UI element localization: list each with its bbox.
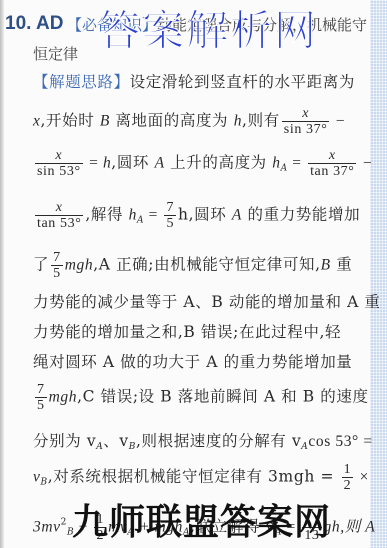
text-line-5: 了75mgh,A 正确;由机械能守恒定律可知,B 重 (33, 250, 363, 281)
text: ,C 错误;设 B 落地前瞬间 A 和 B 的速度 (77, 388, 368, 406)
text-line-4: xtan 53°,解得 hA = 75h,圆环 A 的重力势能增加 (33, 200, 363, 231)
fraction-7-5: 75 (51, 250, 63, 281)
var-hA: h (272, 155, 280, 172)
text: 的重力势能增加 (242, 206, 360, 224)
watermark-bottom: 九师联盟答案网 (72, 494, 331, 545)
text: 离地面的高度为 (110, 112, 234, 130)
equals: = (144, 207, 162, 224)
text-line-3: xsin 53° = h,圆环 A 上升的高度为 hA = xtan 37° − (33, 148, 363, 179)
text-line-9: 75mgh,C 错误;设 B 落地前瞬间 A 和 B 的速度 (33, 382, 363, 413)
text: gh,则 A (324, 519, 376, 536)
subscript: B (129, 442, 136, 452)
side-decoration-strip (370, 0, 387, 548)
text-line-7: 力势能的增加量之和,B 错误;在此过程中,轻 (33, 322, 363, 342)
times: × (355, 469, 369, 486)
var-A: A (232, 207, 242, 224)
text: 上升的高度为 (165, 154, 273, 172)
section-label: 【解题思路】 (33, 73, 130, 91)
subscript: A (281, 164, 288, 174)
text: 重 (331, 256, 353, 274)
text: 、v (103, 432, 128, 450)
text: ,开始时 (40, 112, 99, 130)
text-line-2: x,开始时 B 离地面的高度为 h,则有xsin 37° − (33, 106, 363, 137)
text-line-10: 分别为 vA、vB,则根据速度的分解有 vAcos 53° = (33, 431, 363, 457)
fraction-1-2: 12 (342, 462, 354, 493)
var-B: B (100, 113, 110, 130)
var-h: h (234, 113, 242, 130)
fraction-x-sin53: xsin 53° (35, 148, 83, 179)
text: ,圆环 (111, 154, 154, 172)
text-line-1: 【解题思路】设定滑轮到竖直杆的水平距离为 (33, 72, 363, 92)
text: 设定滑轮到竖直杆的水平距离为 (130, 73, 355, 91)
fraction-x-tan53: xtan 53° (35, 200, 83, 231)
text-line-6: 力势能的减少量等于 A、B 动能的增加量和 A 重 (33, 292, 363, 312)
var-mgh: mgh (65, 257, 94, 274)
text: ,A 正确;由机械能守恒定律可知, (93, 256, 320, 274)
question-number: 10. AD (5, 13, 63, 35)
fraction-7-5: 75 (35, 382, 47, 413)
text: ,对系统根据机械能守恒定律有 3mgh = (48, 468, 340, 486)
var-hA: h (129, 207, 137, 224)
fraction-7-5: 75 (164, 200, 176, 231)
text: ,解得 (85, 206, 128, 224)
subscript: B (40, 478, 47, 488)
text: ,则根据速度的分解有 v (136, 432, 301, 450)
text-line-8: 绳对圆环 A 做的功大于 A 的重力势能增加量 (33, 352, 363, 372)
minus: − (331, 113, 345, 130)
text: cos 53° = (308, 433, 372, 450)
minus: − (358, 155, 372, 172)
text: ,则有 (242, 112, 280, 130)
text-line-11: vB,对系统根据机械能守恒定律有 3mgh = 12 × (33, 462, 363, 493)
text: 分别为 v (33, 432, 96, 450)
fraction-x-tan37: xtan 37° (308, 148, 356, 179)
knowledge-tag-continuation: 恒定律 (33, 43, 78, 64)
var-A: A (155, 155, 165, 172)
page-edge (0, 0, 4, 548)
var-mgh: mgh (49, 389, 78, 406)
equals: = (288, 155, 306, 172)
equals: = (85, 155, 103, 172)
text: 了 (33, 256, 49, 274)
var-3mv: 3mv (33, 519, 61, 536)
fraction-x-sin37: xsin 37° (282, 106, 330, 137)
text: h,圆环 (178, 206, 232, 224)
superscript: 2 (61, 518, 67, 528)
var-B: B (321, 257, 331, 274)
watermark-top: 答案解析网 (98, 0, 318, 58)
